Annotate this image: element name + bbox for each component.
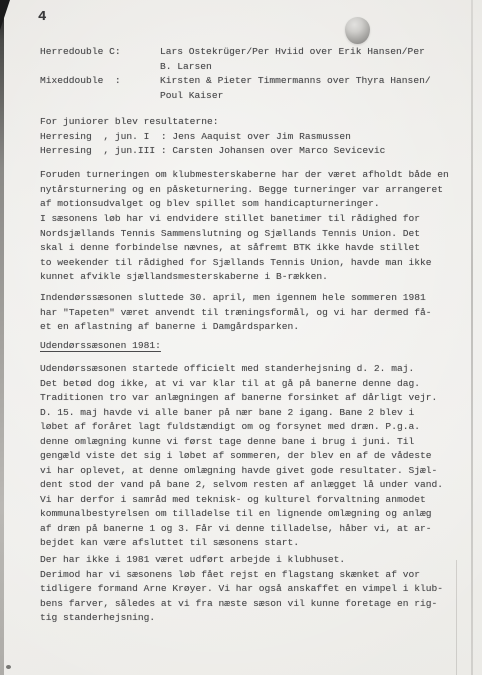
page-number: 4 [38, 9, 46, 25]
paragraph-tournaments: Foruden turneringen om klubmesterskabern… [40, 168, 449, 212]
table-row: Herredouble C: Lars Ostekrüger/Per Hviid… [40, 45, 431, 74]
section-heading-outdoor-season: Udendørssæsonen 1981: [40, 339, 161, 354]
junior-results: For juniorer blev resultaterne: Herresin… [40, 115, 385, 159]
scan-speck [6, 665, 11, 669]
result-value: Kirsten & Pieter Timmermanns over Thyra … [160, 74, 431, 103]
result-label: Herredouble C: [40, 45, 160, 74]
paragraph-clubhouse: Der har ikke i 1981 været udført arbejde… [40, 553, 443, 626]
results-table: Herredouble C: Lars Ostekrüger/Per Hviid… [40, 45, 431, 103]
paragraph-outdoor-season: Udendørssæsonen startede officielt med s… [40, 362, 443, 551]
scanned-page: 4 Herredouble C: Lars Ostekrüger/Per Hvi… [0, 0, 482, 675]
result-label: Mixeddouble : [40, 74, 160, 103]
result-value: Lars Ostekrüger/Per Hviid over Erik Hans… [160, 45, 425, 74]
scan-edge-right-shadow [471, 0, 473, 675]
scan-edge-left-shadow [0, 0, 4, 675]
paragraph-court-hours: I sæsonens løb har vi endvidere stillet … [40, 212, 432, 285]
scan-corner-mark [0, 0, 10, 30]
table-row: Mixeddouble : Kirsten & Pieter Timmerman… [40, 74, 431, 103]
paper-fold-line [456, 560, 457, 675]
hole-punch-mark [345, 17, 370, 44]
paragraph-indoor-season: Indendørssæsonen sluttede 30. april, men… [40, 291, 432, 335]
